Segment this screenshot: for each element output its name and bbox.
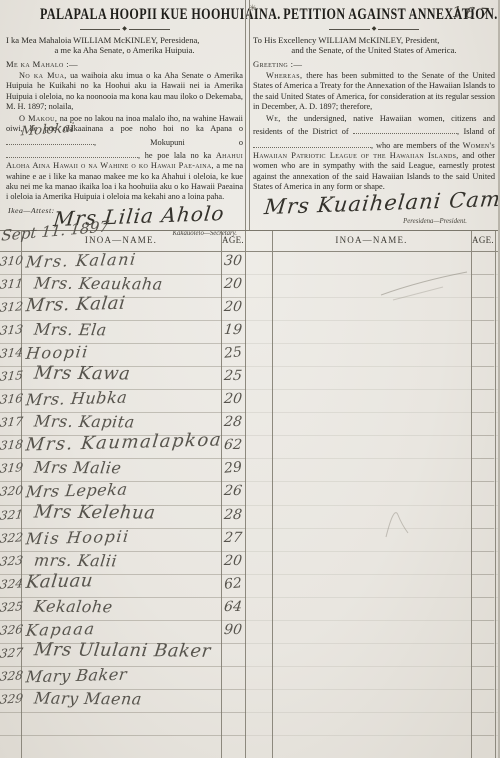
president-label: Peresidena—President.	[403, 218, 467, 225]
signer-name: Mrs. Ela	[33, 318, 108, 343]
signer-age: 20	[220, 299, 246, 315]
table-row-empty	[246, 321, 500, 344]
attest-label: Ikea—Attest:	[8, 206, 55, 215]
table-row-empty	[246, 713, 500, 736]
table-row-empty	[246, 575, 500, 598]
signer-name: Mrs. Kalai	[24, 292, 126, 319]
signer-age: 90	[220, 622, 246, 638]
signer-age	[221, 690, 245, 692]
signer-age: 19	[220, 322, 246, 338]
table-row-empty	[246, 436, 500, 459]
row-number: 310	[0, 253, 23, 269]
row-number: 311	[0, 276, 23, 292]
table-row-empty	[246, 275, 500, 298]
table-row-empty	[246, 344, 500, 367]
row-number: 327	[0, 645, 23, 661]
signer-name: Mrs Kawa	[33, 362, 132, 387]
row-number: 316	[0, 392, 23, 408]
district-blank-line: Molokai	[6, 135, 94, 145]
paragraph-text: Island of	[463, 127, 495, 136]
table-row-empty	[246, 598, 500, 621]
petition-document-page: PALAPALA HOOPII KUE HOOHUIAINA. ◆ I ka M…	[0, 0, 500, 758]
hawaiian-column: PALAPALA HOOPII KUE HOOHUIAINA. ◆ I ka M…	[6, 0, 243, 244]
row-number: 329	[0, 691, 23, 707]
signer-name: Mis Hoopii	[24, 524, 131, 551]
row-number: 317	[0, 415, 23, 431]
name-column-header-right: INOA—NAME.	[272, 235, 471, 245]
table-right-rows	[246, 252, 500, 758]
diamond-ornament-icon: ◆	[370, 26, 379, 32]
signer-age: 62	[220, 575, 245, 593]
english-salutation: Greeting :—	[253, 59, 495, 69]
paragraph-lead: No ka Mua,	[19, 71, 67, 80]
signer-age: 29	[220, 459, 245, 477]
row-number: 315	[0, 368, 23, 384]
table-row-empty	[246, 506, 500, 529]
table-row-empty	[246, 298, 500, 321]
table-row-empty	[246, 552, 500, 575]
row-number: 322	[0, 530, 23, 546]
signer-age: 62	[220, 437, 246, 453]
paragraph-lead: Whereas,	[266, 71, 302, 80]
row-number: 312	[0, 299, 23, 315]
row-number: 323	[0, 553, 23, 569]
signer-name: Kekalohe	[33, 594, 114, 619]
table-row	[0, 713, 246, 736]
age-column-header-right: AGE.	[471, 235, 495, 245]
ornament-divider: ◆	[329, 26, 419, 32]
signer-age: 25	[220, 344, 245, 362]
table-left-rows: 310Mrs. Kalani30311Mrs. Keaukaha20312Mrs…	[0, 252, 246, 758]
row-number: 319	[0, 461, 23, 477]
table-row-empty	[246, 390, 500, 413]
table-row-empty	[246, 621, 500, 644]
signer-age: 26	[220, 483, 246, 499]
table-row: 329Mary Maena	[0, 690, 246, 713]
row-number: 318	[0, 438, 23, 454]
table-row-empty	[246, 736, 500, 758]
ornament-divider: ◆	[80, 26, 170, 32]
row-number: 326	[0, 622, 23, 638]
signer-name: Mrs Malie	[33, 456, 123, 481]
table-row: 325Kekalohe64	[0, 598, 246, 621]
table-row-empty	[246, 367, 500, 390]
paragraph-text: , Mokupuni o	[94, 138, 243, 147]
hawaiian-salutation: Me ka Mahalo :—	[6, 59, 243, 69]
row-number: 324	[0, 576, 23, 592]
signer-age: 25	[220, 368, 246, 384]
english-title: PETITION AGAINST ANNEXATION.	[283, 6, 497, 24]
english-paragraph-2: We, the undersigned, native Hawaiian wom…	[253, 114, 495, 192]
district-blank-line	[353, 124, 457, 134]
paragraph-text: , he poe lala no ka	[138, 151, 216, 160]
table-row-empty	[246, 644, 500, 667]
table-row-empty	[246, 413, 500, 436]
column-divider-rule	[245, 0, 250, 231]
signer-name: Mrs Kelehua	[33, 500, 157, 525]
english-addressee-line2: and the Senate, of the United States of …	[253, 45, 495, 55]
table-row-empty	[246, 482, 500, 505]
english-column: ✳ 167 PETITION AGAINST ANNEXATION. ◆ To …	[253, 0, 495, 230]
signer-age: 20	[220, 391, 246, 407]
island-blank-line	[6, 148, 138, 158]
row-number: 320	[0, 484, 23, 500]
signer-name: Mrs Ululani Baker	[33, 638, 212, 664]
signer-age: 28	[220, 414, 246, 430]
hawaiian-paragraph-1: No ka Mua, ua waihoia aku imua o ka Aha …	[6, 71, 243, 112]
president-signature-block: Mrs Kuaihelani Campbell Peresidena—Presi…	[253, 194, 495, 230]
signer-age: 30	[220, 253, 246, 269]
signer-name: Mary Baker	[24, 663, 128, 690]
table-row-empty	[246, 529, 500, 552]
hawaiian-addressee-line1: I ka Mea Mahaloia WILLIAM McKINLEY, Pere…	[6, 35, 243, 45]
table-row-empty	[246, 690, 500, 713]
age-column-header-left: AGE.	[221, 235, 245, 245]
row-number: 321	[0, 507, 23, 523]
table-row	[0, 736, 246, 758]
table-row-empty	[246, 667, 500, 690]
row-number: 314	[0, 345, 23, 361]
signer-age: 64	[220, 599, 246, 615]
seal-icon: ✳	[249, 3, 257, 14]
diamond-ornament-icon: ◆	[120, 26, 129, 32]
english-paragraph-1: Whereas, there has been submitted to the…	[253, 71, 495, 112]
table-row-empty	[246, 252, 500, 275]
signer-name: Mrs. Hubka	[24, 386, 128, 413]
hawaiian-addressee-line2: a me ka Aha Senate, o Amerika Huipuia.	[6, 45, 243, 55]
signer-name: Mrs. Kalani	[24, 248, 138, 275]
table-row-empty	[246, 459, 500, 482]
hawaiian-paragraph-2: O Makou, na poe no lakou na inoa malalo …	[6, 114, 243, 202]
signer-age: 28	[220, 507, 246, 523]
signer-age: 27	[220, 530, 246, 546]
island-blank-line	[253, 138, 371, 148]
signer-name: Mary Maena	[33, 686, 144, 711]
paragraph-lead: We,	[266, 114, 281, 123]
signer-name: Kaluau	[25, 569, 95, 595]
row-number: 313	[0, 322, 23, 338]
row-number: 328	[0, 668, 23, 684]
paragraph-text: , who are members of the	[371, 141, 463, 150]
english-addressee-line1: To His Excellency WILLIAM McKINLEY, Pres…	[253, 35, 495, 45]
row-number: 325	[0, 599, 23, 615]
signer-age: 20	[220, 276, 246, 292]
signer-name: Mrs. Kaumalapkoa	[24, 429, 223, 458]
signature-table: INOA—NAME. AGE. INOA—NAME. AGE. 310Mrs. …	[0, 230, 500, 758]
signer-age: 20	[220, 553, 246, 569]
